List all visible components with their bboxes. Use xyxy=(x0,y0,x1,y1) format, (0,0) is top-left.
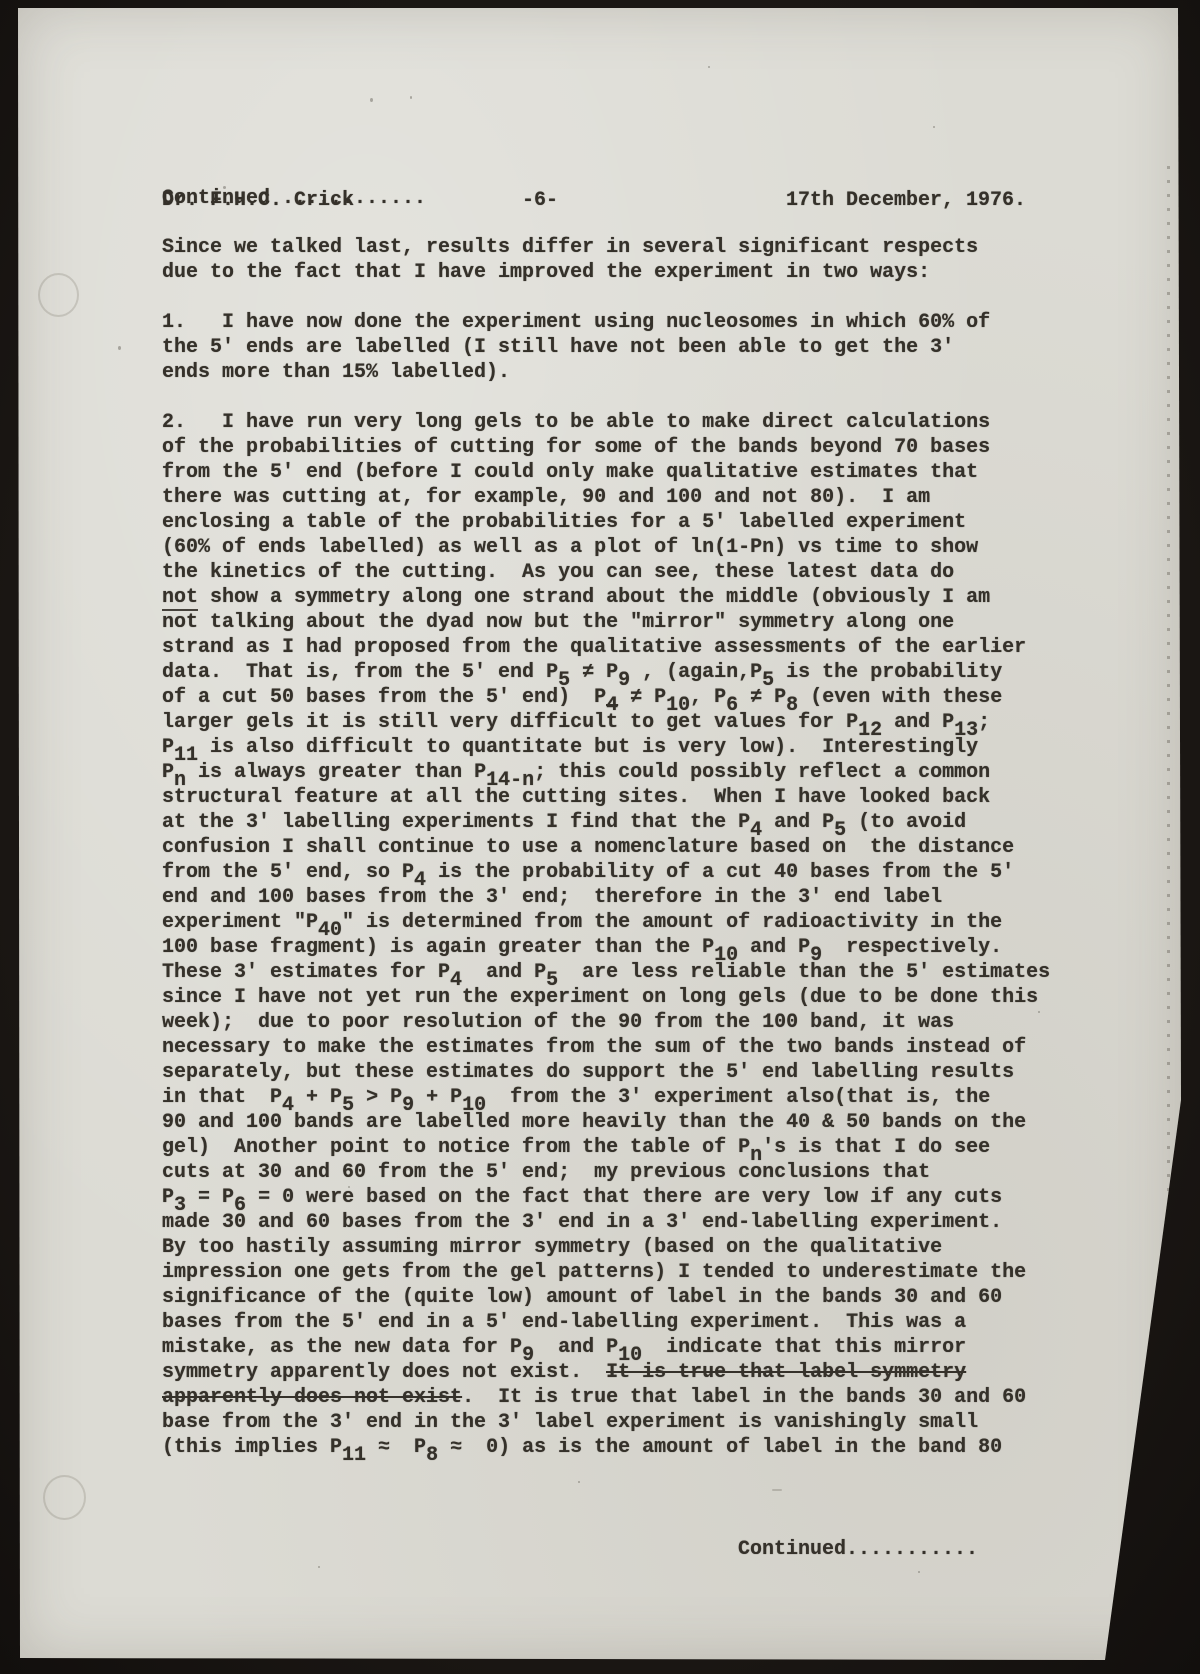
text-line: at the 3' labelling experiments I find t… xyxy=(162,810,1050,835)
hole-punch-ring-bottom xyxy=(43,1475,86,1520)
text-line: from the 5' end (before I could only mak… xyxy=(162,460,1050,485)
paper-speck xyxy=(858,1326,860,1328)
text-line: 1. I have now done the experiment using … xyxy=(162,310,1050,335)
text-line: base from the 3' end in the 3' label exp… xyxy=(162,1410,1050,1435)
text-line: ends more than 15% labelled). xyxy=(162,360,1050,385)
text-line: 100 base fragment) is again greater than… xyxy=(162,935,1050,960)
text-line: P3 = P6 = 0 were based on the fact that … xyxy=(162,1185,1050,1210)
paper-speck xyxy=(772,1489,782,1491)
continued-top-label: Continued ............ xyxy=(162,187,426,210)
text-line: gel) Another point to notice from the ta… xyxy=(162,1135,1050,1160)
text-line: Pn is always greater than P14-n; this co… xyxy=(162,760,1050,785)
continued-bottom-label: Continued........... xyxy=(738,1538,978,1561)
letter-date: 17th December, 1976. xyxy=(786,189,1026,212)
paper-speck xyxy=(708,66,710,68)
text-line: 90 and 100 bands are labelled more heavi… xyxy=(162,1110,1050,1135)
paragraph: Since we talked last, results differ in … xyxy=(162,235,1050,285)
text-line: due to the fact that I have improved the… xyxy=(162,260,1050,285)
paper-speck xyxy=(223,186,226,189)
text-line: the kinetics of the cutting. As you can … xyxy=(162,560,1050,585)
page-edge-marks xyxy=(1167,166,1170,1426)
paper-speck xyxy=(118,346,121,350)
text-line: mistake, as the new data for P9 and P10 … xyxy=(162,1335,1050,1360)
letter-body: Since we talked last, results differ in … xyxy=(162,235,1050,1460)
text-line: there was cutting at, for example, 90 an… xyxy=(162,485,1050,510)
text-line: (60% of ends labelled) as well as a plot… xyxy=(162,535,1050,560)
text-line: the 5' ends are labelled (I still have n… xyxy=(162,335,1050,360)
text-line: impression one gets from the gel pattern… xyxy=(162,1260,1050,1285)
text-line: symmetry apparently does not exist. It i… xyxy=(162,1360,1050,1385)
text-line: (this implies P11 ≈ P8 ≈ 0) as is the am… xyxy=(162,1435,1050,1460)
text-line: of a cut 50 bases from the 5' end) P4 ≠ … xyxy=(162,685,1050,710)
text-line: 2. I have run very long gels to be able … xyxy=(162,410,1050,435)
text-line: apparently does not exist. It is true th… xyxy=(162,1385,1050,1410)
paper-speck xyxy=(410,96,412,99)
text-line: not talking about the dyad now but the "… xyxy=(162,610,1050,635)
text-line: Since we talked last, results differ in … xyxy=(162,235,1050,260)
text-line: structural feature at all the cutting si… xyxy=(162,785,1050,810)
paper-speck xyxy=(1038,1011,1040,1013)
text-line: strand as I had proposed from the qualit… xyxy=(162,635,1050,660)
text-line: not show a symmetry along one strand abo… xyxy=(162,585,1050,610)
text-line: from the 5' end, so P4 is the probabilit… xyxy=(162,860,1050,885)
text-line: necessary to make the estimates from the… xyxy=(162,1035,1050,1060)
text-line: cuts at 30 and 60 from the 5' end; my pr… xyxy=(162,1160,1050,1185)
text-line: end and 100 bases from the 3' end; there… xyxy=(162,885,1050,910)
text-line: These 3' estimates for P4 and P5 are les… xyxy=(162,960,1050,985)
paragraph: 1. I have now done the experiment using … xyxy=(162,310,1050,385)
paper-speck xyxy=(933,126,935,128)
page-number: -6- xyxy=(522,189,558,212)
text-line: since I have not yet run the experiment … xyxy=(162,985,1050,1010)
text-line: experiment "P40" is determined from the … xyxy=(162,910,1050,935)
text-line: in that P4 + P5 > P9 + P10 from the 3' e… xyxy=(162,1085,1050,1110)
text-line: significance of the (quite low) amount o… xyxy=(162,1285,1050,1310)
paper-speck xyxy=(578,1481,580,1483)
text-line: confusion I shall continue to use a nome… xyxy=(162,835,1050,860)
text-line: data. That is, from the 5' end P5 ≠ P9 ,… xyxy=(162,660,1050,685)
paper-speck xyxy=(318,1566,320,1568)
hole-punch-ring-top xyxy=(38,273,79,317)
text-line: P11 is also difficult to quantitate but … xyxy=(162,735,1050,760)
paper-speck xyxy=(993,646,995,648)
paper-speck xyxy=(370,98,373,102)
paper-speck xyxy=(918,1571,920,1573)
text-line: separately, but these estimates do suppo… xyxy=(162,1060,1050,1085)
text-line: By too hastily assuming mirror symmetry … xyxy=(162,1235,1050,1260)
letter-content: Dr. F.H.C. Crick -6- 17th December, 1976… xyxy=(162,143,1122,306)
letter-page: Dr. F.H.C. Crick -6- 17th December, 1976… xyxy=(18,6,1181,1660)
scan-backdrop: { "colors": { "backdrop": "#1a1613", "pa… xyxy=(0,0,1200,1674)
paper-speck xyxy=(448,776,450,778)
paper-speck xyxy=(348,1186,350,1188)
text-line: made 30 and 60 bases from the 3' end in … xyxy=(162,1210,1050,1235)
text-line: enclosing a table of the probabilities f… xyxy=(162,510,1050,535)
text-line: bases from the 5' end in a 5' end-labell… xyxy=(162,1310,1050,1335)
text-line: of the probabilities of cutting for some… xyxy=(162,435,1050,460)
text-line: week); due to poor resolution of the 90 … xyxy=(162,1010,1050,1035)
paragraph: 2. I have run very long gels to be able … xyxy=(162,410,1050,1460)
